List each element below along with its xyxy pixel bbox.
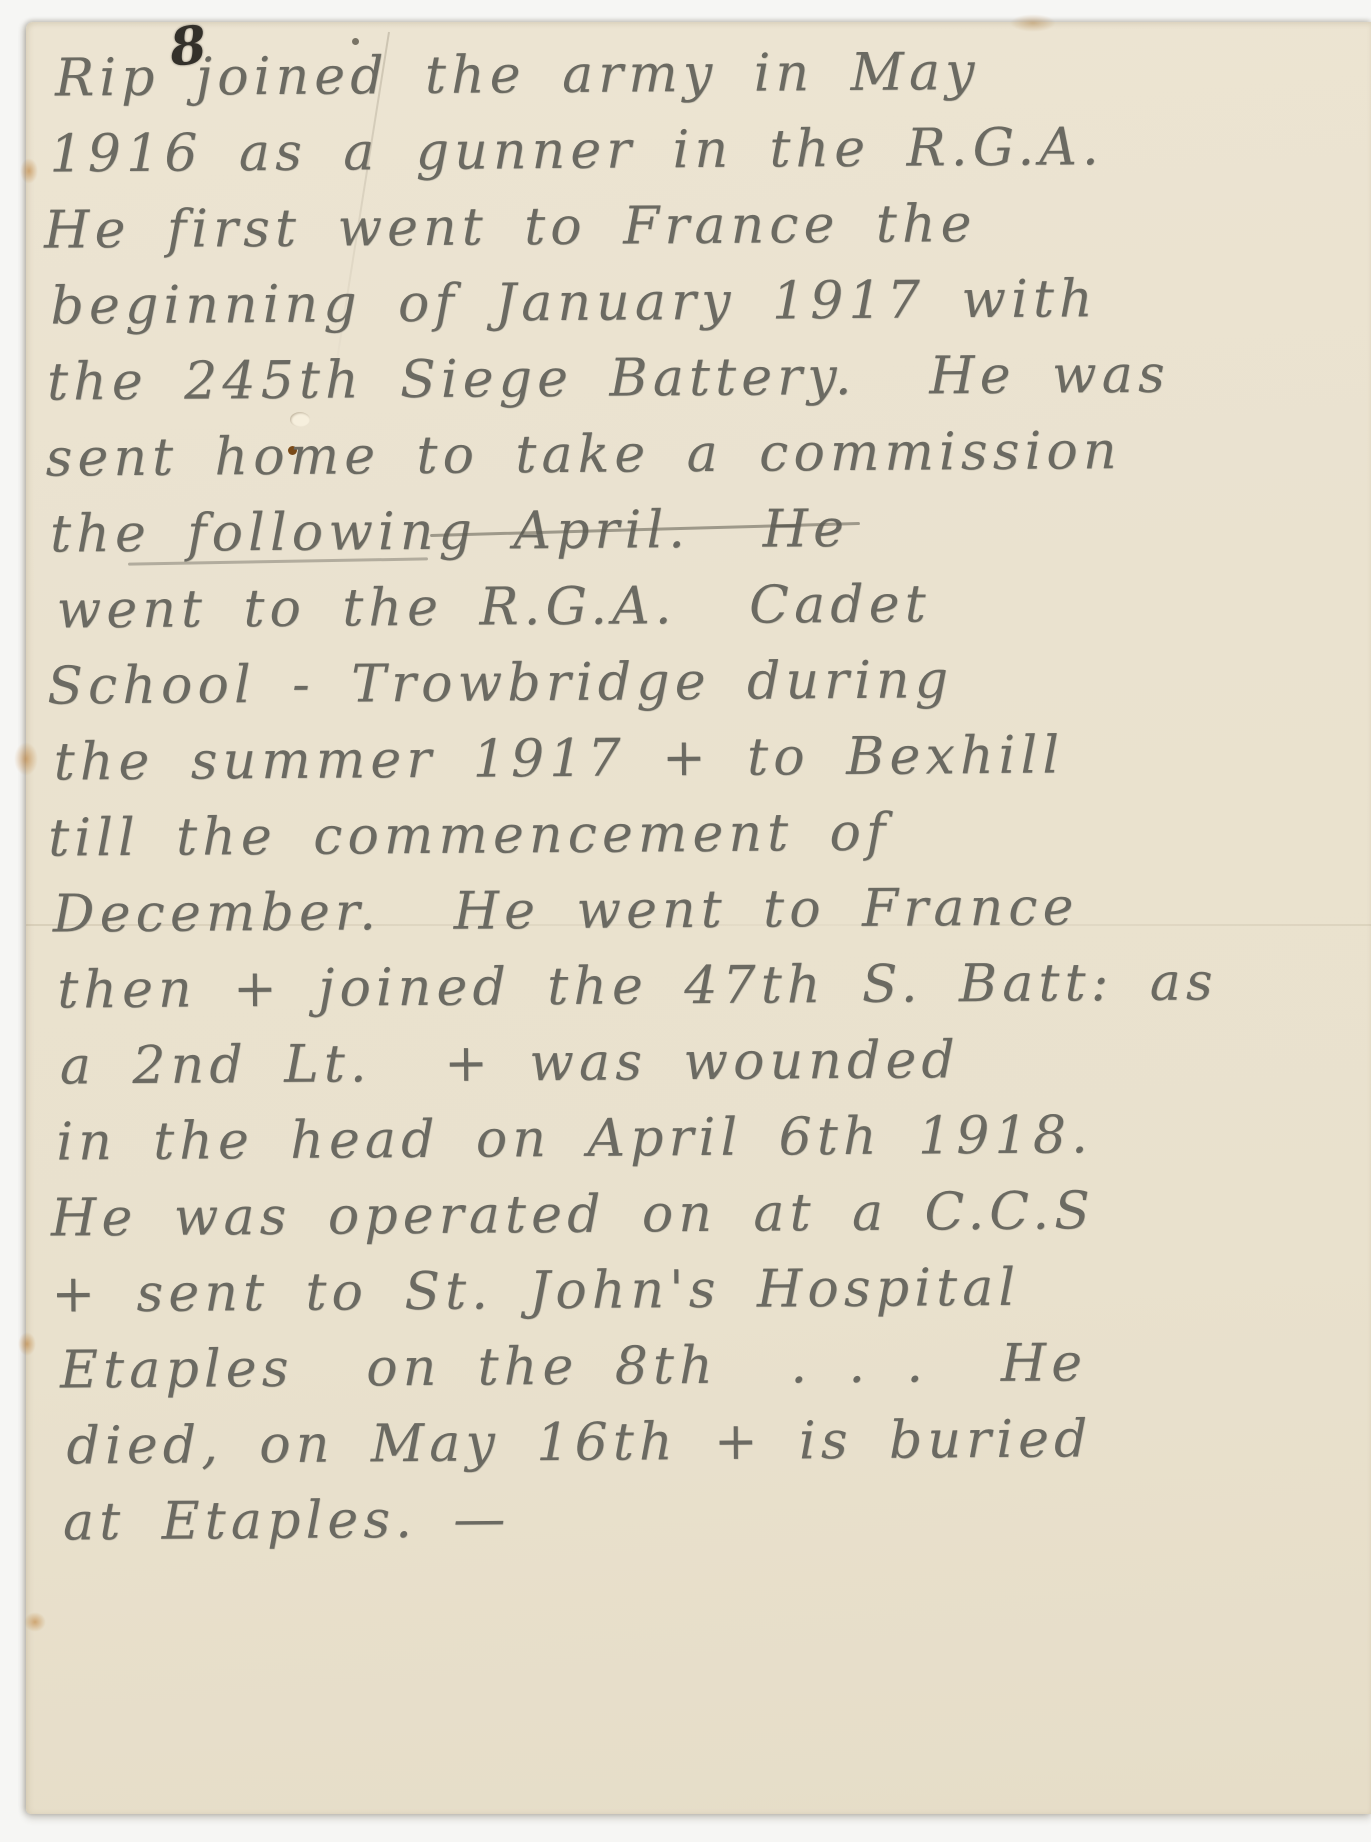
- handwritten-line: + sent to St. John's Hospital: [51, 1247, 1361, 1332]
- handwritten-line: He was operated on at a C.C.S: [51, 1171, 1361, 1256]
- handwritten-line: at Etaples. —: [63, 1475, 1363, 1560]
- photo-of-note: 8 Rip joined the army in May 1916 as a g…: [0, 0, 1371, 1842]
- handwritten-line: beginning of January 1917 with: [50, 259, 1354, 344]
- edge-stain: [1010, 14, 1056, 32]
- handwritten-line: died, on May 16th + is buried: [66, 1399, 1362, 1484]
- handwritten-line: Rip joined the army in May: [55, 31, 1353, 116]
- foxing-stain: [24, 1612, 46, 1632]
- handwritten-line: School - Trowbridge during: [47, 639, 1357, 724]
- handwritten-line: sent home to take a commission: [45, 411, 1355, 496]
- handwritten-line: the 245th Siege Battery. He was: [47, 335, 1355, 420]
- handwritten-line: He first went to France the: [44, 183, 1354, 268]
- handwritten-line: the summer 1917 + to Bexhill: [53, 715, 1357, 800]
- handwritten-line: Etaples on the 8th . . . He: [60, 1323, 1362, 1408]
- handwritten-line: a 2nd Lt. + was wounded: [60, 1019, 1360, 1104]
- handwritten-line: till the commencement of: [48, 791, 1358, 876]
- handwritten-line: then + joined the 47th S. Batt: as: [57, 943, 1359, 1028]
- handwritten-line: went to the R.G.A. Cadet: [56, 563, 1356, 648]
- handwritten-line: in the head on April 6th 1918.: [56, 1095, 1360, 1180]
- foxing-stain: [14, 742, 38, 776]
- foxing-stain: [18, 1332, 36, 1356]
- handwritten-line: 1916 as a gunner in the R.G.A.: [49, 107, 1353, 192]
- foxing-stain: [20, 158, 38, 184]
- handwritten-line: December. He went to France: [53, 867, 1359, 952]
- handwritten-text-block: Rip joined the army in May 1916 as a gun…: [43, 31, 1364, 1560]
